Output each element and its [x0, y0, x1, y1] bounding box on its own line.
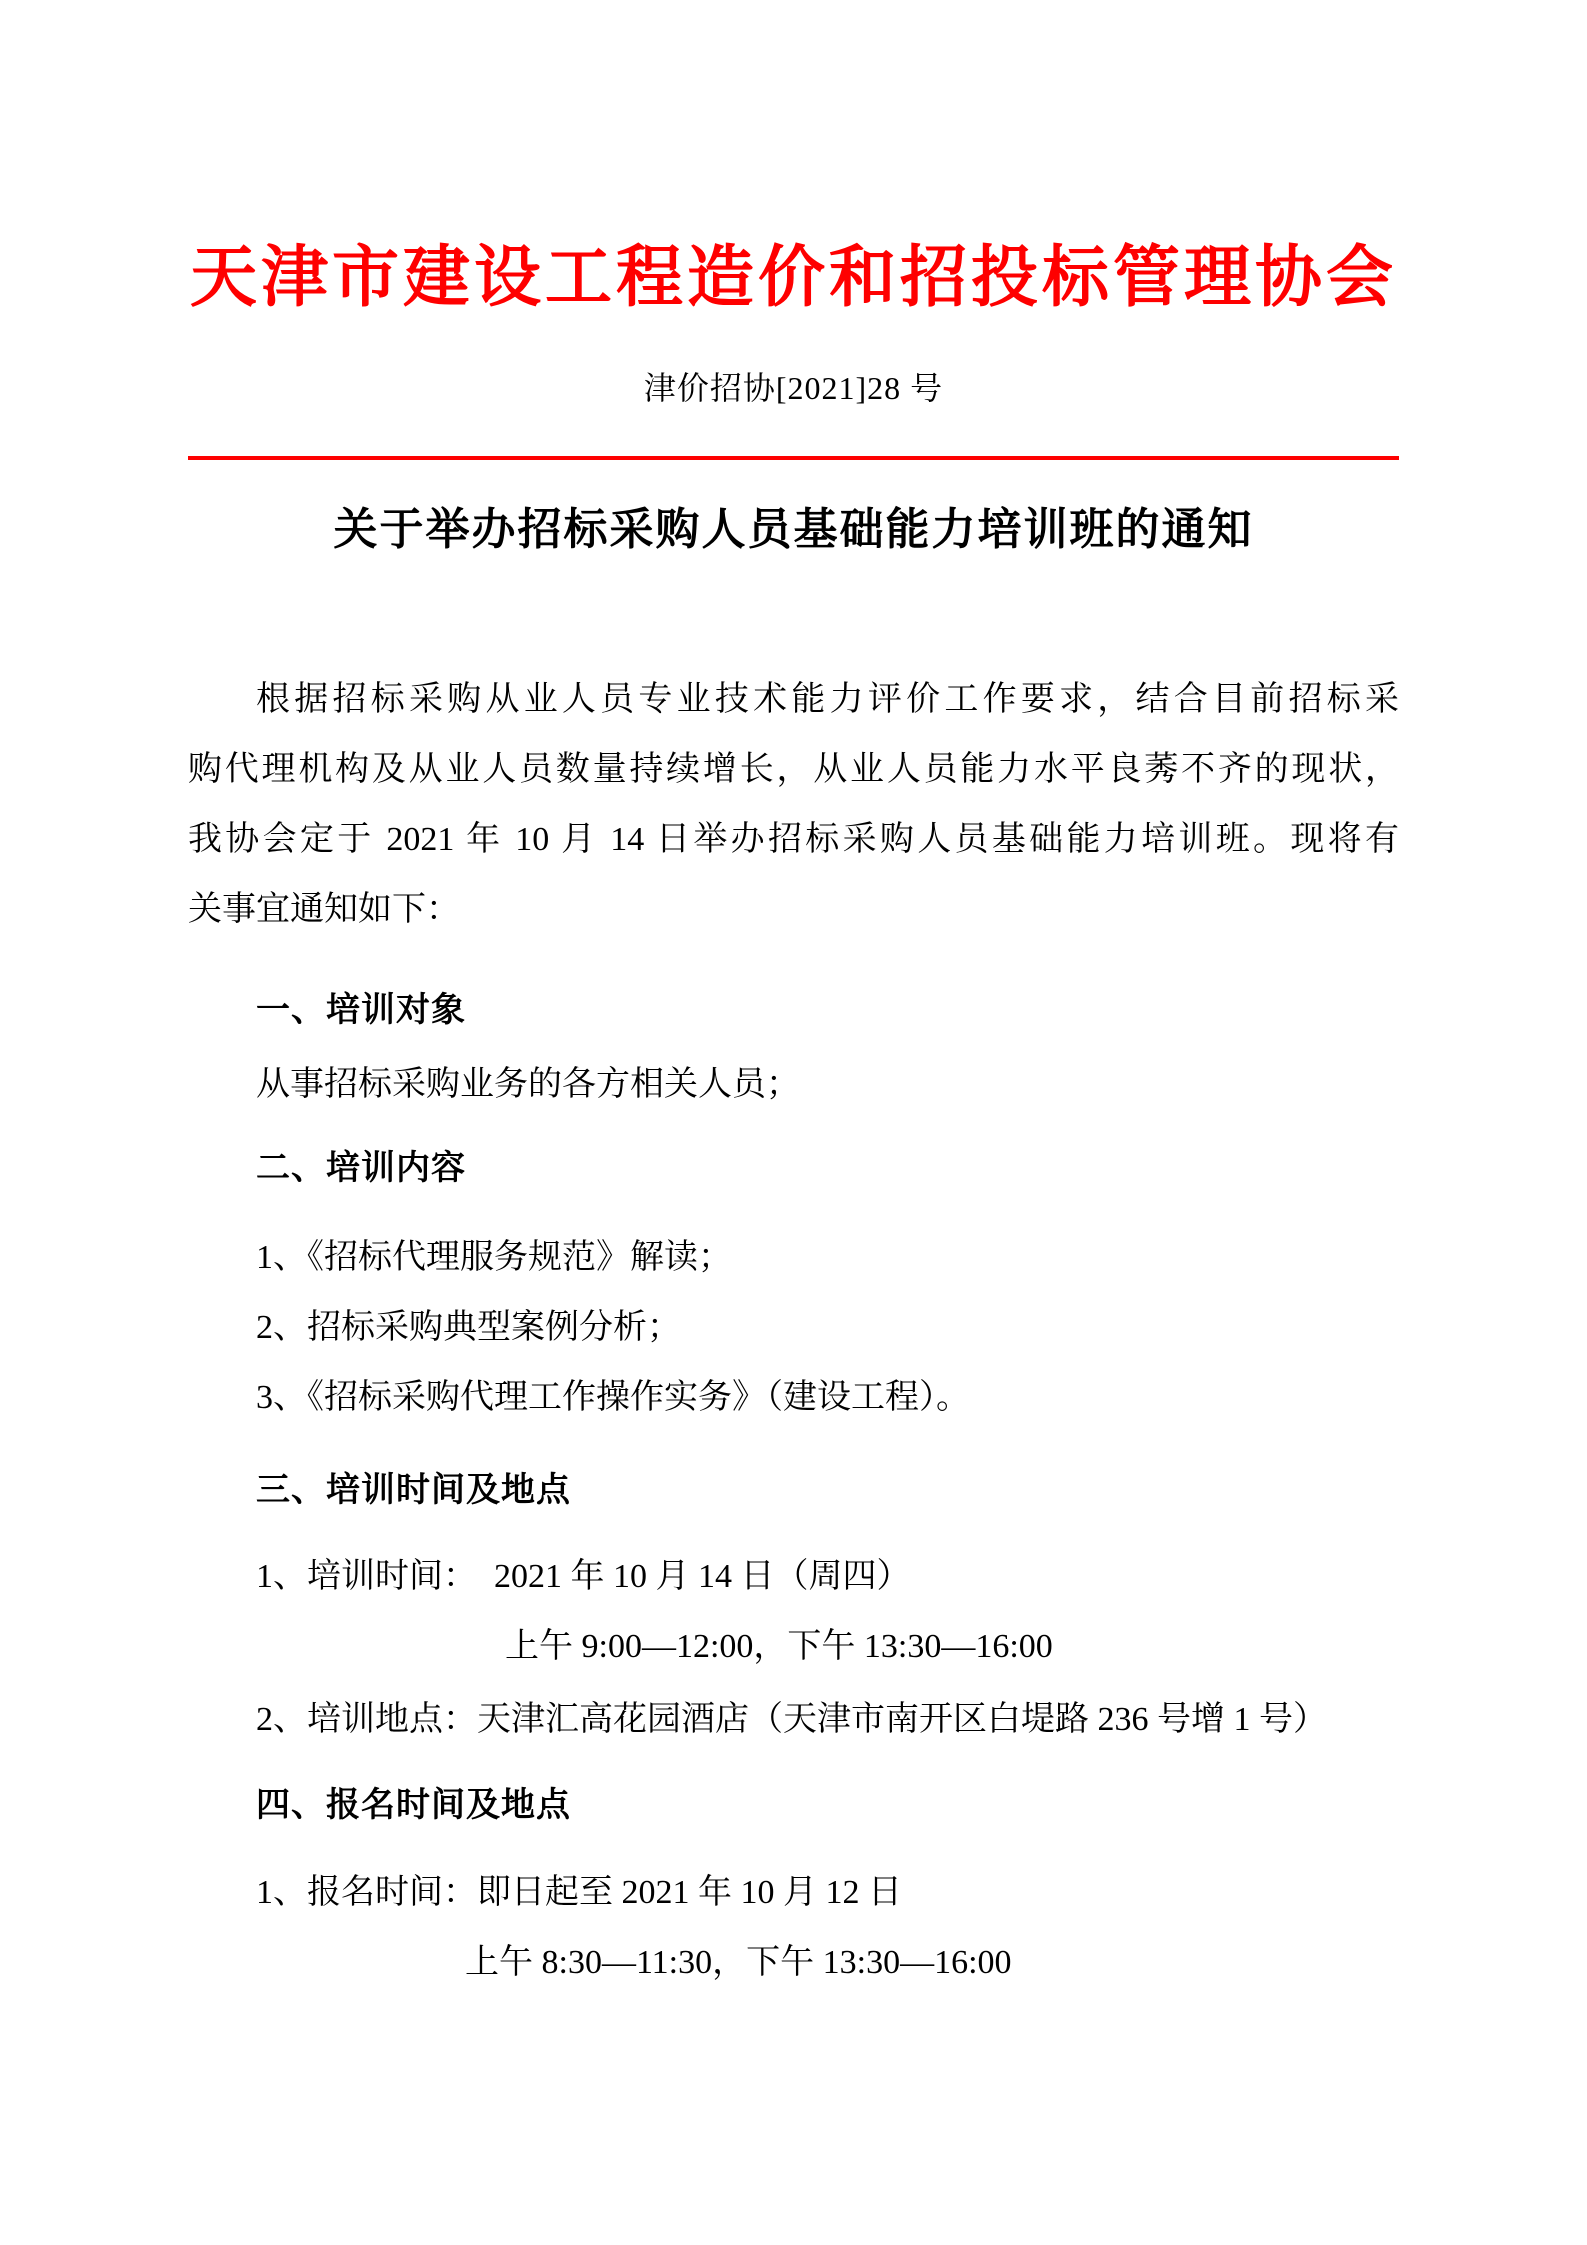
intro-line-1: 根据招标采购从业人员专业技术能力评价工作要求，结合目前招标采	[188, 665, 1399, 735]
intro-paragraph: 根据招标采购从业人员专业技术能力评价工作要求，结合目前招标采 购代理机构及从业人…	[188, 665, 1399, 945]
org-title: 天津市建设工程造价和招投标管理协会	[188, 232, 1399, 324]
intro-line-2: 购代理机构及从业人员数量持续增长，从业人员能力水平良莠不齐的现状，	[188, 735, 1399, 805]
section-1-heading: 一、培训对象	[188, 975, 1399, 1045]
doc-number: 津价招协[2021]28 号	[188, 366, 1399, 411]
section-3-item-1: 1、培训时间： 2021 年 10 月 14 日（周四）	[188, 1542, 1399, 1612]
document-page: 天津市建设工程造价和招投标管理协会 津价招协[2021]28 号 关于举办招标采…	[0, 0, 1587, 2245]
section-2-item-1: 1、《招标代理服务规范》解读；	[188, 1223, 1399, 1293]
section-2-item-2: 2、招标采购典型案例分析；	[188, 1293, 1399, 1363]
section-4-item-1: 1、报名时间：即日起至 2021 年 10 月 12 日	[188, 1858, 1399, 1928]
intro-line-3: 我协会定于 2021 年 10 月 14 日举办招标采购人员基础能力培训班。现将…	[188, 805, 1399, 875]
notice-title: 关于举办招标采购人员基础能力培训班的通知	[188, 500, 1399, 560]
section-3-item-2: 2、培训地点：天津汇高花园酒店（天津市南开区白堤路 236 号增 1 号）	[188, 1685, 1399, 1755]
section-2-heading: 二、培训内容	[188, 1133, 1399, 1203]
section-3-heading: 三、培训时间及地点	[188, 1455, 1399, 1525]
intro-line-4: 关事宜通知如下：	[188, 875, 1399, 945]
section-4-item-1-time: 上午 8:30—11:30，下午 13:30—16:00	[188, 1928, 1399, 1998]
red-divider	[188, 456, 1399, 460]
section-training-audience: 一、培训对象 从事招标采购业务的各方相关人员；	[188, 975, 1399, 1120]
section-training-time-place: 三、培训时间及地点 1、培训时间： 2021 年 10 月 14 日（周四） 上…	[188, 1455, 1399, 1755]
section-3-item-1-time: 上午 9:00—12:00，下午 13:30—16:00	[188, 1612, 1399, 1682]
section-training-content: 二、培训内容 1、《招标代理服务规范》解读； 2、招标采购典型案例分析； 3、《…	[188, 1133, 1399, 1433]
section-2-item-3: 3、《招标采购代理工作操作实务》（建设工程）。	[188, 1363, 1399, 1433]
section-1-item-1: 从事招标采购业务的各方相关人员；	[188, 1050, 1399, 1120]
section-4-heading: 四、报名时间及地点	[188, 1770, 1399, 1840]
section-registration-time-place: 四、报名时间及地点 1、报名时间：即日起至 2021 年 10 月 12 日 上…	[188, 1770, 1399, 1998]
